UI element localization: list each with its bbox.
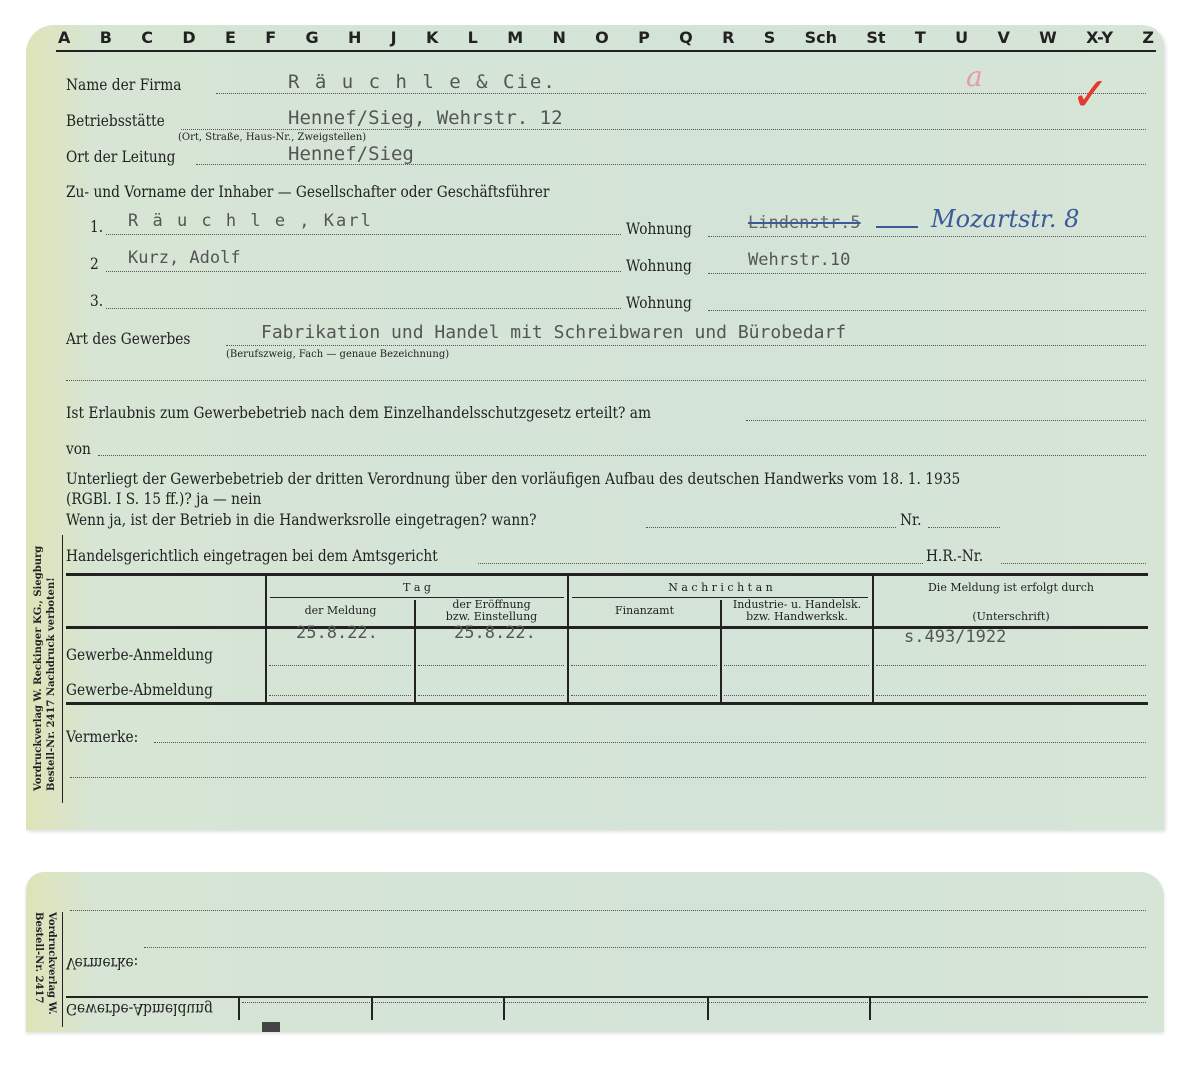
trade-extra-line[interactable] bbox=[66, 380, 1146, 381]
owner-2-residence-value[interactable]: Wehrstr.10 bbox=[748, 250, 850, 270]
strip-table-rule bbox=[66, 996, 1148, 998]
index-tab-a[interactable]: A bbox=[56, 28, 72, 47]
table-top-rule bbox=[66, 573, 1148, 576]
notice-group-header: N a c h r i c h t a n bbox=[569, 582, 872, 594]
index-tab-p[interactable]: P bbox=[636, 28, 652, 47]
index-tab-m[interactable]: M bbox=[505, 28, 525, 47]
col-opening-header-line2: bzw. Einstellung bbox=[416, 611, 567, 623]
owner-1-number: 1. bbox=[90, 217, 103, 236]
craft-question-line1: Unterliegt der Gewerbebetrieb der dritte… bbox=[66, 469, 960, 488]
cell-line[interactable] bbox=[876, 695, 1146, 696]
owner-1-residence-label: Wohnung bbox=[626, 219, 692, 238]
site-value[interactable]: Hennef/Sieg, Wehrstr. 12 bbox=[288, 107, 563, 129]
owner-2-number: 2 bbox=[90, 254, 99, 273]
strip-publisher-line-1: Vordruckverlag W. bbox=[45, 912, 58, 1015]
col-report-header: der Meldung bbox=[267, 605, 414, 617]
management-location-value[interactable]: Hennef/Sieg bbox=[288, 143, 414, 165]
strip-margin-rule bbox=[62, 912, 63, 1027]
registration-opening-date[interactable]: 25.8.22. bbox=[454, 623, 536, 643]
col-signature-header-line2: (Unterschrift) bbox=[874, 611, 1148, 623]
permit-date-line[interactable] bbox=[746, 420, 1146, 421]
permit-question: Ist Erlaubnis zum Gewerbebetrieb nach de… bbox=[66, 403, 651, 422]
firm-name-label: Name der Firma bbox=[66, 75, 181, 94]
col-chamber-header-line2: bzw. Handwerksk. bbox=[722, 611, 872, 623]
owner-3-name-line[interactable] bbox=[106, 308, 621, 309]
index-tab-h[interactable]: H bbox=[346, 28, 363, 47]
index-tab-f[interactable]: F bbox=[263, 28, 278, 47]
management-location-label: Ort der Leitung bbox=[66, 147, 175, 166]
owner-1-name[interactable]: R ä u c h l e , Karl bbox=[128, 211, 373, 231]
alphabet-index-tabs: ABCDEFGHJKLMNOPQRSSchStTUVWX-YZ bbox=[56, 28, 1156, 52]
cell-line bbox=[876, 665, 1146, 666]
cell-line[interactable] bbox=[418, 695, 564, 696]
index-tab-e[interactable]: E bbox=[223, 28, 238, 47]
craft-roll-nr-label: Nr. bbox=[900, 510, 921, 529]
firm-name-line bbox=[216, 93, 1146, 94]
index-tab-g[interactable]: G bbox=[303, 28, 320, 47]
table-bottom-rule bbox=[66, 702, 1148, 705]
owner-1-residence-struck: Lindenstr.5 bbox=[748, 213, 861, 233]
index-tab-q[interactable]: Q bbox=[677, 28, 695, 47]
craft-roll-nr-line[interactable] bbox=[928, 527, 1000, 528]
site-hint: (Ort, Straße, Haus-Nr., Zweigstellen) bbox=[178, 132, 366, 143]
trade-hint: (Berufszweig, Fach — genaue Bezeichnung) bbox=[226, 349, 449, 360]
owner-1-name-line bbox=[106, 234, 621, 235]
trade-line bbox=[226, 345, 1146, 346]
index-tab-v[interactable]: V bbox=[995, 28, 1011, 47]
owner-2-residence-label: Wohnung bbox=[626, 256, 692, 275]
trade-label: Art des Gewerbes bbox=[66, 329, 190, 348]
strip-dark-mark bbox=[262, 1022, 280, 1032]
index-tab-b[interactable]: B bbox=[98, 28, 114, 47]
hr-nr-label: H.R.-Nr. bbox=[926, 546, 983, 565]
strip-dotted-line bbox=[70, 910, 1146, 911]
index-tab-n[interactable]: N bbox=[550, 28, 567, 47]
strip-publisher-line-2: Bestell-Nr. 2417 bbox=[32, 912, 45, 1015]
row-registration-label: Gewerbe-Anmeldung bbox=[66, 645, 213, 664]
strip-cell-line bbox=[242, 1002, 1146, 1003]
cell-line bbox=[571, 665, 717, 666]
owner-2-residence-line bbox=[708, 273, 1146, 274]
index-tab-s[interactable]: S bbox=[762, 28, 778, 47]
craft-question-line2: (RGBl. I S. 15 ff.)? ja — nein bbox=[66, 489, 261, 508]
remarks-label: Vermerke: bbox=[66, 727, 138, 746]
site-label: Betriebsstätte bbox=[66, 111, 165, 130]
site-line bbox=[181, 129, 1146, 130]
strip-col-divider bbox=[238, 998, 240, 1020]
firm-name-value[interactable]: R ä u c h l e & Cie. bbox=[288, 71, 557, 93]
cell-line[interactable] bbox=[571, 695, 717, 696]
index-tab-t[interactable]: T bbox=[913, 28, 928, 47]
index-tab-sch[interactable]: Sch bbox=[803, 28, 839, 47]
registration-signature[interactable]: s.493/1922 bbox=[904, 627, 1006, 647]
index-tab-r[interactable]: R bbox=[720, 28, 736, 47]
owner-1-residence-handwritten[interactable]: Mozartstr. 8 bbox=[931, 205, 1079, 233]
owner-3-residence-label: Wohnung bbox=[626, 293, 692, 312]
registration-report-date[interactable]: 25.8.22. bbox=[296, 623, 378, 643]
craft-roll-question: Wenn ja, ist der Betrieb in die Handwerk… bbox=[66, 510, 536, 529]
cell-line bbox=[418, 665, 564, 666]
owner-3-residence-line[interactable] bbox=[708, 310, 1146, 311]
row-deregistration-label: Gewerbe-Abmeldung bbox=[66, 680, 213, 699]
remarks-line-2[interactable] bbox=[70, 777, 1146, 778]
publisher-imprint: Vordruckverlag W. Reckinger KG., Siegbur… bbox=[32, 546, 58, 791]
index-tab-u[interactable]: U bbox=[953, 28, 970, 47]
owner-3-number: 3. bbox=[90, 291, 103, 310]
index-tab-j[interactable]: J bbox=[389, 28, 399, 47]
strike-extension bbox=[876, 226, 918, 228]
index-tab-st[interactable]: St bbox=[864, 28, 887, 47]
hr-nr-line[interactable] bbox=[1001, 563, 1146, 564]
owners-heading: Zu- und Vorname der Inhaber — Gesellscha… bbox=[66, 182, 549, 201]
card-back-strip: Vermerke: Gewerbe-Abmeldung Vordruckverl… bbox=[26, 872, 1164, 1032]
permit-from-line[interactable] bbox=[98, 455, 1146, 456]
court-line[interactable] bbox=[478, 563, 923, 564]
owner-2-name-line bbox=[106, 271, 621, 272]
index-tab-d[interactable]: D bbox=[180, 28, 197, 47]
publisher-line-2: Bestell-Nr. 2417 Nachdruck verboten! bbox=[45, 546, 58, 791]
pink-annotation-mark: a bbox=[966, 60, 983, 93]
index-tab-w[interactable]: W bbox=[1037, 28, 1059, 47]
business-registration-card: ABCDEFGHJKLMNOPQRSSchStTUVWX-YZ Name der… bbox=[26, 25, 1164, 830]
index-tab-z[interactable]: Z bbox=[1140, 28, 1156, 47]
day-group-header: T a g bbox=[267, 582, 567, 594]
strip-remarks-label: Vermerke: bbox=[66, 954, 138, 973]
strip-deregistration-label: Gewerbe-Abmeldung bbox=[66, 1000, 213, 1019]
index-tab-c[interactable]: C bbox=[139, 28, 155, 47]
index-tab-o[interactable]: O bbox=[593, 28, 611, 47]
red-check-icon: ✓ bbox=[1071, 67, 1110, 121]
craft-roll-date-line[interactable] bbox=[646, 527, 896, 528]
col-tax-office-header: Finanzamt bbox=[569, 605, 720, 617]
strip-dotted-line bbox=[144, 947, 1146, 948]
strip-publisher-imprint: Vordruckverlag W. Bestell-Nr. 2417 bbox=[32, 912, 58, 1015]
col-signature-header-line1: Die Meldung ist erfolgt durch bbox=[874, 582, 1148, 594]
cell-line[interactable] bbox=[724, 695, 869, 696]
court-label: Handelsgerichtlich eingetragen bei dem A… bbox=[66, 546, 438, 565]
index-tab-k[interactable]: K bbox=[424, 28, 440, 47]
index-tab-l[interactable]: L bbox=[466, 28, 480, 47]
publisher-line-1: Vordruckverlag W. Reckinger KG., Siegbur… bbox=[32, 546, 45, 791]
table-col-divider bbox=[265, 575, 267, 703]
index-tab-x-y[interactable]: X-Y bbox=[1084, 28, 1115, 47]
remarks-line-1[interactable] bbox=[154, 742, 1146, 743]
cell-line bbox=[724, 665, 869, 666]
cell-line[interactable] bbox=[269, 695, 411, 696]
table-col-divider bbox=[567, 575, 569, 703]
table-col-divider bbox=[872, 575, 874, 703]
margin-rule bbox=[62, 535, 63, 803]
permit-from-label: von bbox=[66, 439, 91, 458]
cell-line bbox=[269, 665, 411, 666]
owner-1-residence-line bbox=[708, 236, 1146, 237]
owner-2-name[interactable]: Kurz, Adolf bbox=[128, 248, 241, 268]
trade-value[interactable]: Fabrikation und Handel mit Schreibwaren … bbox=[261, 322, 846, 343]
